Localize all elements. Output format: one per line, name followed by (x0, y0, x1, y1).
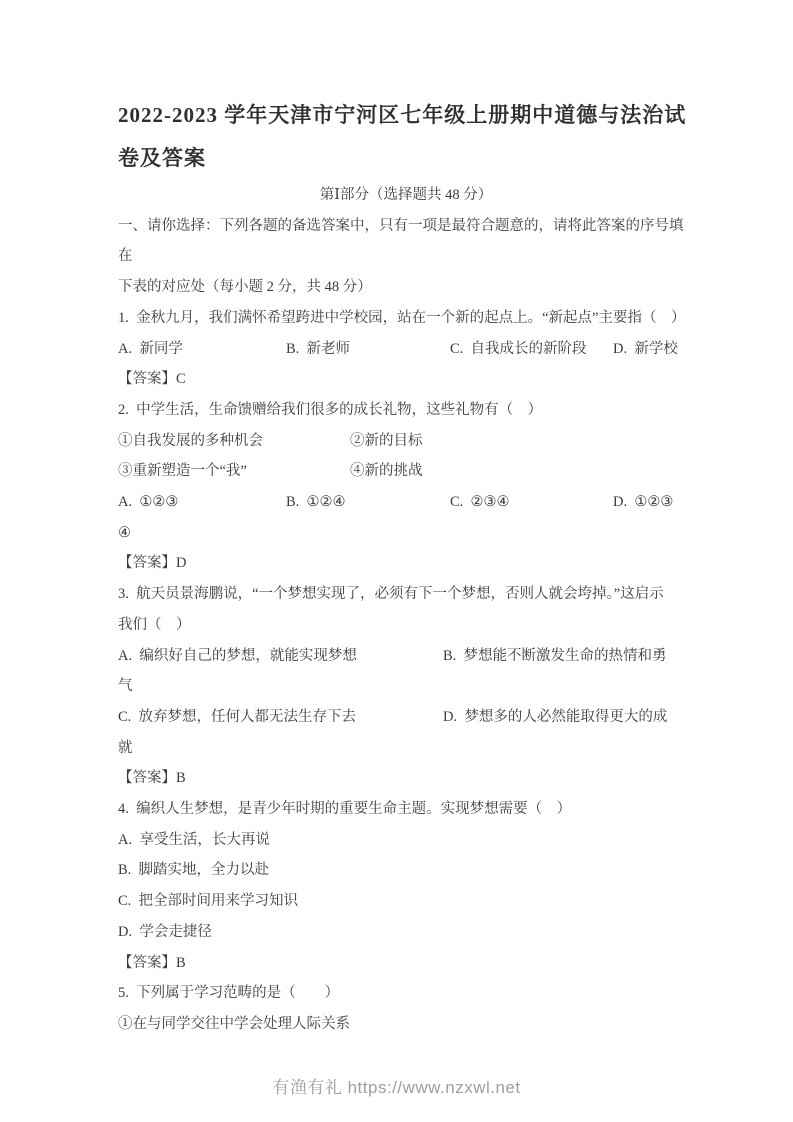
question-3-option-d-overflow: 就 (118, 733, 694, 764)
question-4-option-d: D. 学会走捷径 (118, 917, 694, 948)
question-3-answer: 【答案】B (118, 763, 694, 794)
question-2-options: A. ①②③ B. ①②④ C. ②③④ D. ①②③ (118, 487, 694, 518)
question-1-option-d: D. 新学校 (613, 334, 694, 365)
question-3-option-b: B. 梦想能不断激发生命的热情和勇 (443, 641, 694, 672)
question-2-subitems-row-1: ①自我发展的多种机会 ②新的目标 (118, 426, 694, 457)
question-3-options-row-2: C. 放弃梦想，任何人都无法生存下去 D. 梦想多的人必然能取得更大的成 (118, 702, 694, 733)
question-1-option-c: C. 自我成长的新阶段 (450, 334, 613, 365)
question-4-answer: 【答案】B (118, 948, 694, 979)
question-2-subitems-row-2: ③重新塑造一个“我” ④新的挑战 (118, 456, 694, 487)
page-title-line-1: 2022-2023 学年天津市宁河区七年级上册期中道德与法治试 (118, 94, 694, 137)
question-4-option-a: A. 享受生活，长大再说 (118, 825, 694, 856)
question-3-stem-line-1: 3. 航天员景海鹏说，“一个梦想实现了，必须有下一个梦想，否则人就会垮掉。”这启… (118, 579, 694, 610)
question-1-answer: 【答案】C (118, 364, 694, 395)
question-2-option-b: B. ①②④ (286, 487, 450, 518)
question-2-option-d: D. ①②③ (613, 487, 694, 518)
question-2-stem: 2. 中学生活，生命馈赠给我们很多的成长礼物，这些礼物有（ ） (118, 395, 694, 426)
document-title: 2022-2023 学年天津市宁河区七年级上册期中道德与法治试 卷及答案 (118, 94, 694, 180)
question-2-subitem-1: ①自我发展的多种机会 (118, 426, 350, 457)
question-4-stem: 4. 编织人生梦想，是青少年时期的重要生命主题。实现梦想需要（ ） (118, 794, 694, 825)
question-2-answer: 【答案】D (118, 548, 694, 579)
question-1-stem: 1. 金秋九月，我们满怀希望跨进中学校园，站在一个新的起点上。“新起点”主要指（… (118, 303, 694, 334)
question-1-option-a: A. 新同学 (118, 334, 286, 365)
question-1-options: A. 新同学 B. 新老师 C. 自我成长的新阶段 D. 新学校 (118, 334, 694, 365)
question-2-option-a: A. ①②③ (118, 487, 286, 518)
instructions-line-1: 一、请你选择：下列各题的备选答案中，只有一项是最符合题意的，请将此答案的序号填在 (118, 211, 694, 272)
question-5: 5. 下列属于学习范畴的是（ ） ①在与同学交往中学会处理人际关系 (118, 978, 694, 1039)
question-3: 3. 航天员景海鹏说，“一个梦想实现了，必须有下一个梦想，否则人就会垮掉。”这启… (118, 579, 694, 794)
question-5-subitem-1: ①在与同学交往中学会处理人际关系 (118, 1009, 694, 1040)
question-3-option-d: D. 梦想多的人必然能取得更大的成 (443, 702, 694, 733)
question-5-stem: 5. 下列属于学习范畴的是（ ） (118, 978, 694, 1009)
question-2-subitem-3: ③重新塑造一个“我” (118, 456, 350, 487)
section-heading: 第Ⅰ部分（选择题共 48 分） (118, 180, 694, 211)
question-3-stem-line-2: 我们（ ） (118, 610, 694, 641)
question-3-option-b-overflow: 气 (118, 671, 694, 702)
question-2-subitem-4: ④新的挑战 (350, 456, 694, 487)
question-3-options-row-1: A. 编织好自己的梦想，就能实现梦想 B. 梦想能不断激发生命的热情和勇 (118, 641, 694, 672)
question-3-option-a: A. 编织好自己的梦想，就能实现梦想 (118, 641, 443, 672)
question-1: 1. 金秋九月，我们满怀希望跨进中学校园，站在一个新的起点上。“新起点”主要指（… (118, 303, 694, 395)
instructions-line-2: 下表的对应处（每小题 2 分，共 48 分） (118, 272, 694, 303)
question-4: 4. 编织人生梦想，是青少年时期的重要生命主题。实现梦想需要（ ） A. 享受生… (118, 794, 694, 978)
footer-watermark: 有渔有礼 https://www.nzxwl.net (0, 1073, 793, 1098)
question-2-option-d-overflow: ④ (118, 518, 694, 549)
question-3-option-c: C. 放弃梦想，任何人都无法生存下去 (118, 702, 443, 733)
question-2-option-c: C. ②③④ (450, 487, 613, 518)
page-title-line-2: 卷及答案 (118, 137, 694, 180)
question-2: 2. 中学生活，生命馈赠给我们很多的成长礼物，这些礼物有（ ） ①自我发展的多种… (118, 395, 694, 579)
question-4-option-b: B. 脚踏实地，全力以赴 (118, 855, 694, 886)
exam-page: 2022-2023 学年天津市宁河区七年级上册期中道德与法治试 卷及答案 第Ⅰ部… (0, 0, 793, 1122)
question-4-option-c: C. 把全部时间用来学习知识 (118, 886, 694, 917)
question-2-subitem-2: ②新的目标 (350, 426, 694, 457)
question-1-option-b: B. 新老师 (286, 334, 450, 365)
